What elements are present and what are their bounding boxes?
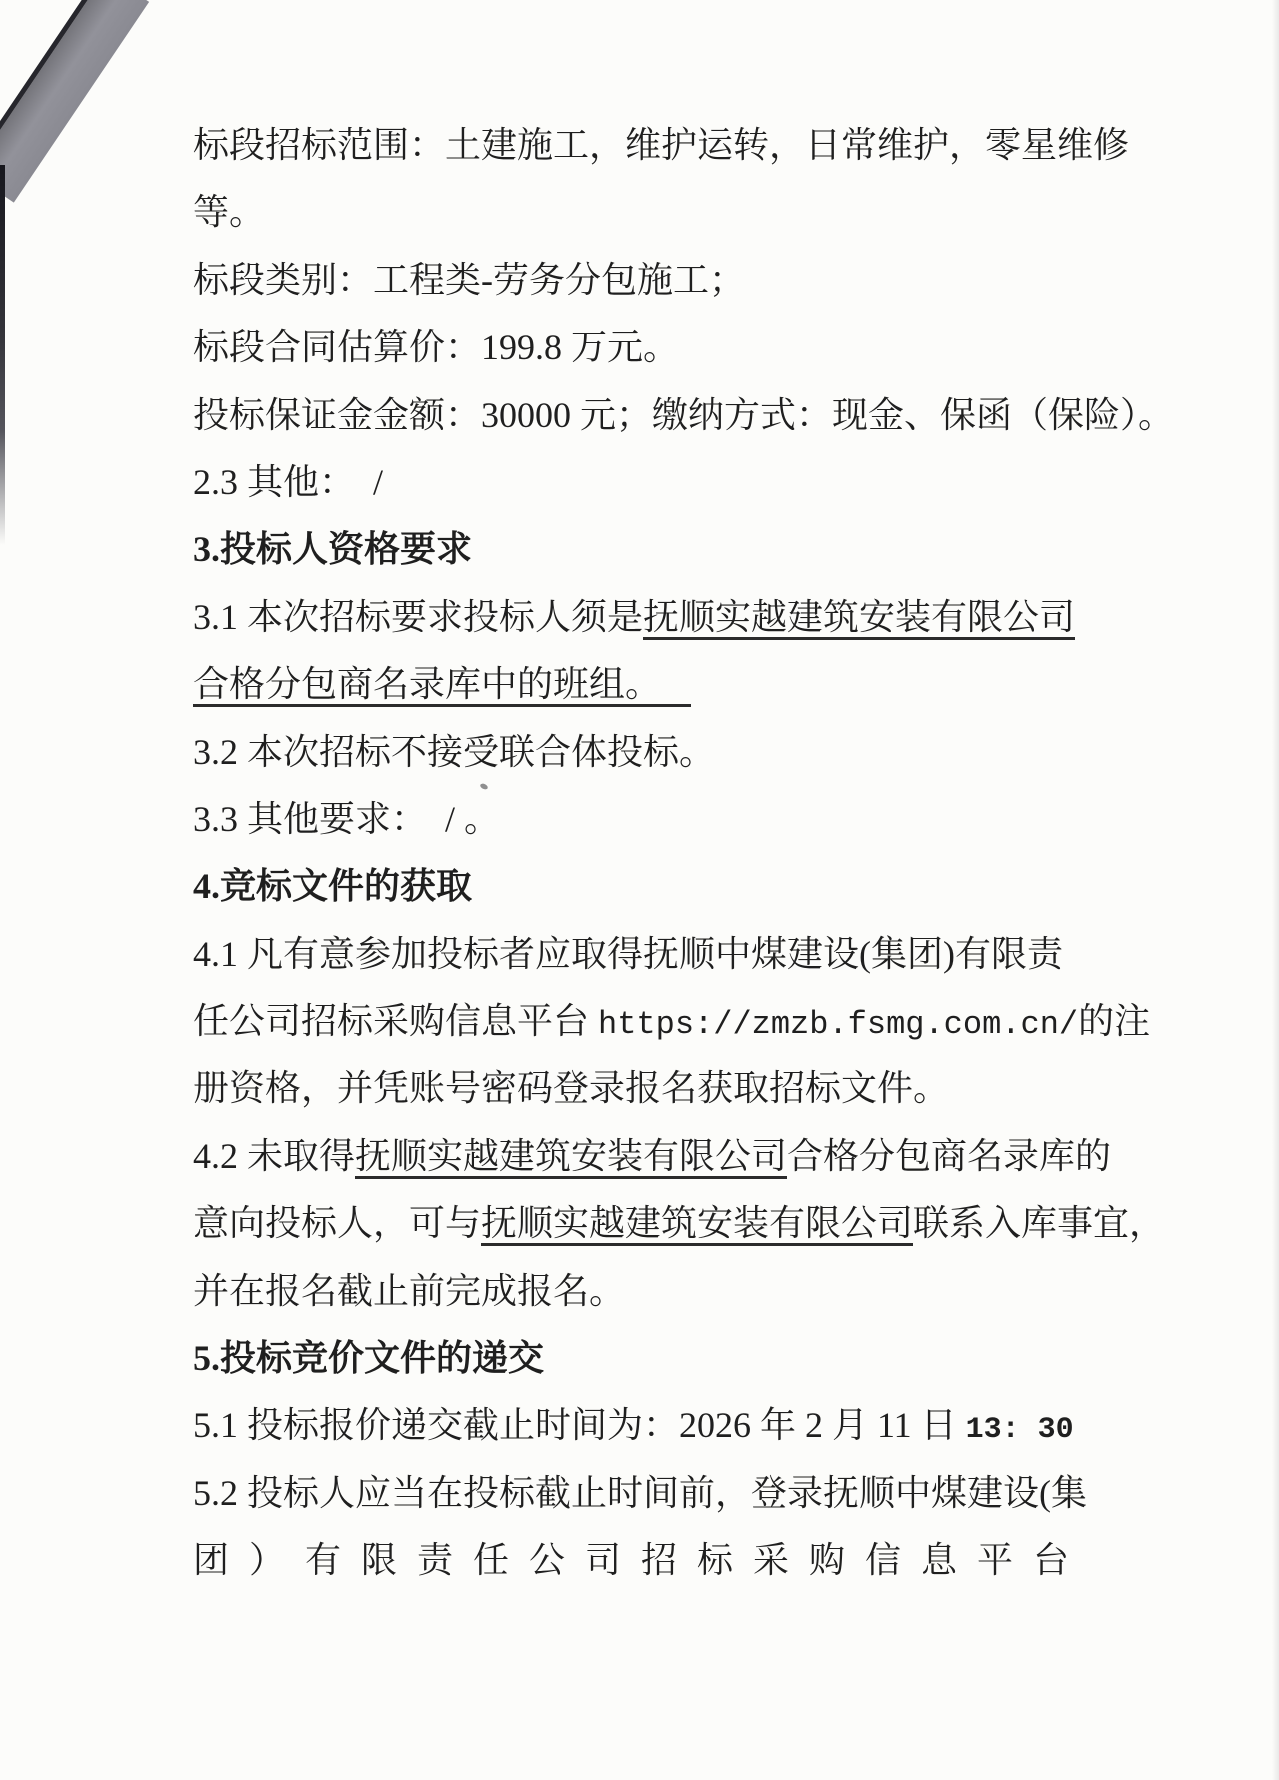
text-segment: 的注 (1078, 1001, 1150, 1041)
text-segment: 4.1 凡有意参加投标者应取得抚顺中煤建设(集团)有限责 (193, 934, 1063, 974)
section-heading-3: 3.投标人资格要求 (193, 516, 1193, 583)
text-line-clause-2-3: 2.3 其他： / (193, 449, 1193, 516)
text-line-clause-4-1-cont2: 册资格，并凭账号密码登录报名获取招标文件。 (193, 1055, 1193, 1122)
document-text: 标段招标范围：土建施工，维护运转，日常维护，零星维修 等。 标段类别：工程类-劳… (193, 112, 1193, 1595)
text-line-clause-5-2-cont: 团）有限责任公司招标采购信息平台 (193, 1527, 1193, 1594)
text-segment: 2.3 其他： / (193, 462, 383, 502)
text-segment: 等。 (193, 192, 265, 232)
text-segment: 5.2 投标人应当在投标截止时间前，登录抚顺中煤建设(集 (193, 1473, 1087, 1513)
underlined-company-name: 抚顺实越建筑安装有限公司 (643, 597, 1075, 640)
text-segment: 3.1 本次招标要求投标人须是 (193, 597, 643, 637)
section-heading-5: 5.投标竞价文件的递交 (193, 1325, 1193, 1392)
text-segment: 4.2 未取得 (193, 1136, 355, 1176)
text-segment: 标段招标范围：土建施工，维护运转，日常维护，零星维修 (193, 125, 1129, 165)
text-line-tender-category: 标段类别：工程类-劳务分包施工； (193, 247, 1193, 314)
text-line-clause-4-2-cont2: 并在报名截止前完成报名。 (193, 1258, 1193, 1325)
page-left-edge-shadow (0, 165, 5, 545)
heading-text: 4.竞标文件的获取 (193, 866, 472, 906)
text-line-bid-bond: 投标保证金金额：30000 元；缴纳方式：现金、保函（保险）。 (193, 382, 1193, 449)
text-line-contract-estimate: 标段合同估算价：199.8 万元。 (193, 314, 1193, 381)
text-segment: 册资格，并凭账号密码登录报名获取招标文件。 (193, 1068, 949, 1108)
deadline-time: 13: 30 (966, 1413, 1074, 1447)
url-text: https://zmzb.fsmg.com.cn/ (598, 1006, 1078, 1043)
text-segment: 任公司招标采购信息平台 (193, 1001, 598, 1041)
text-segment: 合格分包商名录库的 (787, 1136, 1111, 1176)
text-line-tender-scope: 标段招标范围：土建施工，维护运转，日常维护，零星维修 (193, 112, 1193, 179)
text-segment: 3.3 其他要求： / 。 (193, 799, 500, 839)
text-segment: 3.2 本次招标不接受联合体投标。 (193, 732, 715, 772)
text-line-clause-4-1: 4.1 凡有意参加投标者应取得抚顺中煤建设(集团)有限责 (193, 921, 1193, 988)
section-heading-4: 4.竞标文件的获取 (193, 853, 1193, 920)
text-segment: 标段类别：工程类-劳务分包施工； (193, 260, 745, 300)
underlined-company-name: 抚顺实越建筑安装有限公司 (481, 1203, 913, 1246)
text-segment: 标段合同估算价：199.8 万元。 (193, 327, 679, 367)
heading-text: 3.投标人资格要求 (193, 529, 472, 569)
text-segment: 投标保证金金额：30000 元；缴纳方式：现金、保函（保险）。 (193, 395, 1174, 435)
text-line-clause-4-2: 4.2 未取得抚顺实越建筑安装有限公司合格分包商名录库的 (193, 1123, 1193, 1190)
underlined-text: 合格分包商名录库中的班组。 (193, 664, 691, 707)
text-line-clause-3-3: 3.3 其他要求： / 。 (193, 786, 1193, 853)
heading-text: 5.投标竞价文件的递交 (193, 1338, 544, 1378)
text-line-clause-5-2: 5.2 投标人应当在投标截止时间前，登录抚顺中煤建设(集 (193, 1460, 1193, 1527)
text-line-clause-5-1: 5.1 投标报价递交截止时间为：2026 年 2 月 11 日 13: 30 (193, 1392, 1193, 1459)
text-segment: 团）有限责任公司招标采购信息平台 (193, 1540, 1089, 1580)
text-line-clause-3-1: 3.1 本次招标要求投标人须是抚顺实越建筑安装有限公司 (193, 584, 1193, 651)
scanned-document-page: 标段招标范围：土建施工，维护运转，日常维护，零星维修 等。 标段类别：工程类-劳… (0, 0, 1279, 1780)
page-right-edge-shade (1272, 0, 1279, 1780)
text-segment: 5.1 投标报价递交截止时间为：2026 年 2 月 11 日 (193, 1405, 966, 1445)
text-segment: 并在报名截止前完成报名。 (193, 1271, 625, 1311)
text-segment: 联系入库事宜， (913, 1203, 1165, 1243)
text-line-clause-3-2: 3.2 本次招标不接受联合体投标。 (193, 719, 1193, 786)
text-line-clause-3-1-cont: 合格分包商名录库中的班组。 (193, 651, 1193, 718)
text-line-clause-4-2-cont: 意向投标人，可与抚顺实越建筑安装有限公司联系入库事宜， (193, 1190, 1193, 1257)
text-line-clause-4-1-cont: 任公司招标采购信息平台 https://zmzb.fsmg.com.cn/的注 (193, 988, 1193, 1055)
underlined-company-name: 抚顺实越建筑安装有限公司 (355, 1136, 787, 1179)
text-segment: 意向投标人，可与 (193, 1203, 481, 1243)
page-corner-fold-mark (0, 0, 149, 203)
text-line-tender-scope-cont: 等。 (193, 179, 1193, 246)
